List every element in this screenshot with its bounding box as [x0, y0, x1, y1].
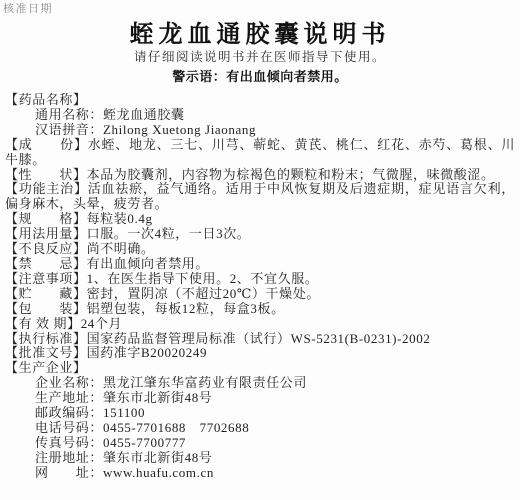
section-specification: 【规 格】每粒装0.4g [5, 212, 515, 227]
warning-statement: 警示语：有出血倾向者禁用。 [0, 69, 520, 84]
section-packaging-label: 【包 装】 [5, 301, 87, 316]
leaflet-body: 【药品名称】 通用名称：蛭龙血通胶囊 汉语拼音：Zhilong Xuetong … [0, 84, 520, 481]
section-execution-standard-label: 【执行标准】 [5, 331, 87, 346]
section-validity-period-label: 【有 效 期】 [5, 316, 81, 331]
section-approval-number-text: 国药准字B20020249 [87, 345, 207, 360]
section-properties: 【性 状】本品为胶囊剂，内容物为棕褐色的颗粒和粉末；气微腥，味微酸涩。 [5, 168, 515, 183]
section-storage-label: 【贮 藏】 [5, 286, 87, 301]
section-properties-text: 本品为胶囊剂，内容物为棕褐色的颗粒和粉末；气微腥，味微酸涩。 [87, 167, 495, 182]
section-indications: 【功能主治】活血祛瘀，益气通络。适用于中风恢复期及后遗症期，症见语言欠利，偏身麻… [5, 182, 515, 212]
fax-number-line: 传真号码：0455-7700777 [5, 436, 515, 451]
drug-leaflet-page: 核准日期 蛭龙血通胶囊说明书 请仔细阅读说明书并在医师指导下使用。 警示语：有出… [0, 0, 520, 500]
section-manufacturer-label: 【生产企业】 [5, 360, 87, 375]
section-packaging: 【包 装】铝塑包装，每板12粒，每盒3板。 [5, 302, 515, 317]
section-precautions: 【注意事项】1、在医生指导下使用。2、不宜久服。 [5, 272, 515, 287]
section-contraindications-label: 【禁 忌】 [5, 256, 87, 271]
page-title: 蛭龙血通胶囊说明书 [0, 22, 520, 48]
section-precautions-text: 1、在医生指导下使用。2、不宜久服。 [87, 271, 319, 286]
section-ingredients-label: 【成 份】 [5, 137, 88, 152]
section-manufacturer: 【生产企业】 [5, 361, 515, 376]
pinyin-line: 汉语拼音：Zhilong Xuetong Jiaonang [5, 123, 515, 138]
generic-name-line: 通用名称：蛭龙血通胶囊 [5, 108, 515, 123]
registered-address-line: 注册地址：肇东市北新街48号 [5, 451, 515, 466]
section-dosage-text: 口服。一次4粒，一日3次。 [87, 226, 251, 241]
website-line: 网 址：www.huafu.com.cn [5, 466, 515, 481]
section-packaging-text: 铝塑包装，每板12粒，每盒3板。 [87, 301, 285, 316]
phone-number-line: 电话号码：0455-7701688 7702688 [5, 421, 515, 436]
section-indications-label: 【功能主治】 [5, 181, 88, 196]
company-name-line: 企业名称：黑龙江肇东华富药业有限责任公司 [5, 376, 515, 391]
read-instructions-note: 请仔细阅读说明书并在医师指导下使用。 [0, 50, 520, 65]
production-address-line: 生产地址：肇东市北新街48号 [5, 391, 515, 406]
section-execution-standard-text: 国家药品监督管理局标准（试行）WS-5231(B-0231)-2002 [87, 331, 431, 346]
section-specification-text: 每粒装0.4g [87, 211, 153, 226]
section-adverse-reactions-text: 尚不明确。 [87, 241, 155, 256]
section-validity-period-text: 24个月 [81, 316, 122, 331]
section-contraindications: 【禁 忌】有出血倾向者禁用。 [5, 257, 515, 272]
section-drug-name: 【药品名称】 [5, 93, 515, 108]
section-drug-name-label: 【药品名称】 [5, 92, 87, 107]
section-dosage: 【用法用量】口服。一次4粒，一日3次。 [5, 227, 515, 242]
section-validity-period: 【有 效 期】24个月 [5, 317, 515, 332]
section-specification-label: 【规 格】 [5, 211, 87, 226]
section-approval-number-label: 【批准文号】 [5, 345, 87, 360]
section-ingredients: 【成 份】水蛭、地龙、三七、川芎、蕲蛇、黄芪、桃仁、红花、赤芍、葛根、川牛膝。 [5, 138, 515, 168]
approval-date-label: 核准日期 [0, 0, 520, 15]
section-storage: 【贮 藏】密封，置阴凉（不超过20℃）干燥处。 [5, 287, 515, 302]
section-adverse-reactions-label: 【不良反应】 [5, 241, 87, 256]
section-contraindications-text: 有出血倾向者禁用。 [87, 256, 209, 271]
section-execution-standard: 【执行标准】国家药品监督管理局标准（试行）WS-5231(B-0231)-200… [5, 332, 515, 347]
postal-code-line: 邮政编码：151100 [5, 406, 515, 421]
section-approval-number: 【批准文号】国药准字B20020249 [5, 346, 515, 361]
section-precautions-label: 【注意事项】 [5, 271, 87, 286]
section-properties-label: 【性 状】 [5, 167, 87, 182]
section-adverse-reactions: 【不良反应】尚不明确。 [5, 242, 515, 257]
section-storage-text: 密封，置阴凉（不超过20℃）干燥处。 [87, 286, 320, 301]
section-dosage-label: 【用法用量】 [5, 226, 87, 241]
